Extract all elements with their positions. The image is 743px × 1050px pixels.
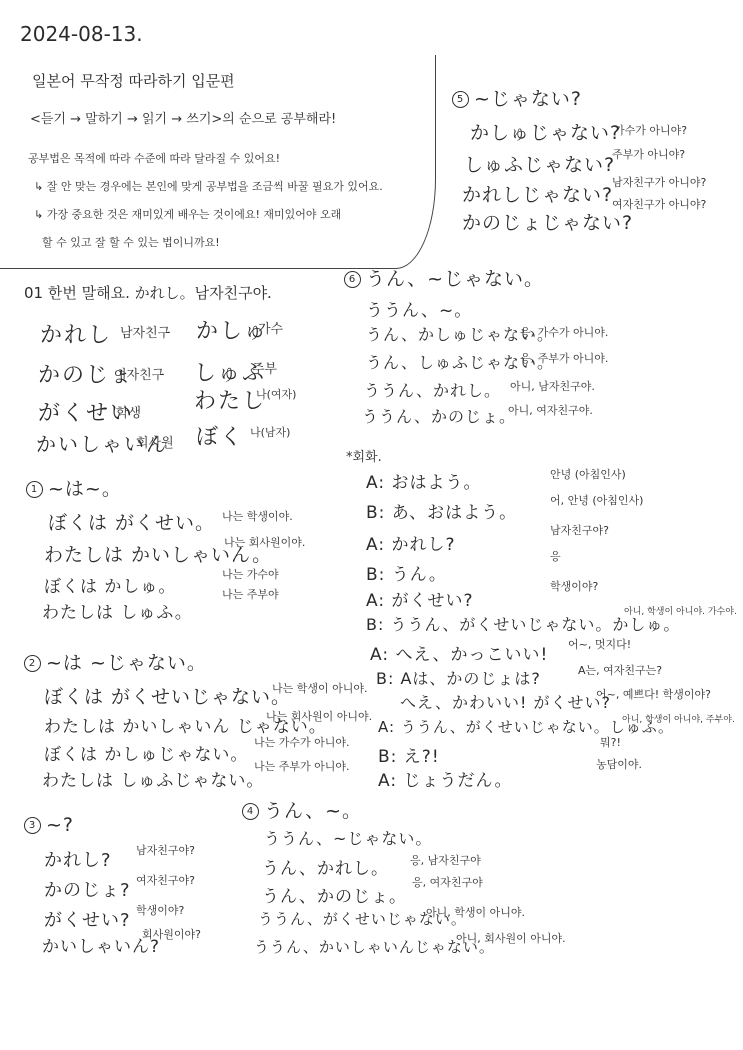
vocab-ko: 회사원 bbox=[136, 432, 174, 451]
dialogue-line: B: うん。 bbox=[366, 560, 447, 585]
ko-translation: 응, 주부가 아니야. bbox=[520, 350, 608, 366]
ko-translation: 응 bbox=[550, 548, 561, 564]
jp-line: かのじょじゃない? bbox=[462, 208, 633, 235]
dialogue-line: B: Aは、かのじょは? bbox=[376, 666, 541, 689]
ko-translation: 안녕 (아침인사) bbox=[550, 466, 626, 482]
jp-line: ぼくは がくせい。 bbox=[48, 508, 215, 535]
section-pattern: ~は~。 bbox=[48, 478, 122, 500]
jp-line: しゅふじゃない? bbox=[464, 150, 615, 177]
section-pattern-2: ううん、~じゃない。 bbox=[264, 826, 432, 849]
ko-translation: 주부가 아니야? bbox=[612, 146, 685, 162]
ko-translation: 회사원이야? bbox=[142, 926, 201, 942]
ko-translation: 나는 회사원이야. bbox=[224, 534, 305, 550]
ko-translation: 남자친구야? bbox=[136, 842, 195, 858]
ko-translation: 나는 가수야 bbox=[222, 566, 279, 582]
dialogue-line: へえ、かわいい! がくせい? bbox=[400, 690, 611, 713]
ko-translation: 농담이야. bbox=[596, 756, 642, 772]
jp-line: かのじょ? bbox=[44, 876, 131, 902]
vocab-ko: 학생 bbox=[116, 402, 141, 421]
dialogue-line: A: じょうだん。 bbox=[378, 766, 512, 791]
ko-translation: 아니, 남자친구야. bbox=[510, 378, 595, 394]
dialogue-line: A: おはよう。 bbox=[366, 468, 481, 493]
ko-translation: 응, 남자친구야 bbox=[410, 852, 481, 868]
section-pattern: ~? bbox=[46, 814, 74, 836]
jp-line: ううん、かれし。 bbox=[364, 378, 501, 401]
vocab-ko: 여자친구 bbox=[114, 364, 164, 383]
jp-line: がくせい? bbox=[44, 906, 131, 932]
vocab-ko: 가수 bbox=[258, 318, 283, 337]
dialogue-line: A: かれし? bbox=[366, 530, 456, 555]
ko-translation: 응, 가수가 아니야. bbox=[520, 324, 608, 340]
dialogue-line: B: あ、おはよう。 bbox=[366, 498, 517, 523]
ko-translation: 어~, 멋지다! bbox=[568, 636, 631, 652]
ko-translation: 나는 학생이 아니야. bbox=[272, 680, 368, 696]
conversation-title: *회화. bbox=[346, 446, 382, 465]
ko-translation: 남자친구야? bbox=[550, 522, 609, 538]
jp-line: わたしは しゅふ。 bbox=[42, 598, 193, 623]
jp-line: うん、かれし。 bbox=[262, 854, 389, 879]
ko-translation: 아니, 회사원이 아니야. bbox=[456, 930, 566, 946]
vocab-title: 01 한번 말해요. かれし。남자친구야. bbox=[24, 282, 272, 303]
ko-translation: 응, 여자친구야 bbox=[412, 874, 483, 890]
ko-translation: 가수가 아니야? bbox=[614, 122, 687, 138]
jp-line: ぼくは かしゅ。 bbox=[44, 572, 176, 597]
ko-translation: 학생이야? bbox=[550, 578, 598, 594]
section-number-1: 1 bbox=[26, 481, 43, 498]
vocab-ko: 나(여자) bbox=[256, 386, 296, 402]
notes-line: <듣기 → 말하기 → 읽기 → 쓰기>의 순으로 공부해라! bbox=[30, 108, 336, 127]
jp-line: ぼくは がくせいじゃない。 bbox=[44, 682, 291, 709]
ko-translation: 어, 안녕 (아침인사) bbox=[550, 492, 643, 508]
jp-line: うん、かのじょ。 bbox=[262, 882, 407, 907]
vocab-jp: かれし bbox=[40, 318, 112, 349]
ko-translation: 어~, 예쁘다! 학생이야? bbox=[596, 686, 711, 702]
vocab-jp: ぼく bbox=[196, 420, 244, 451]
ko-translation: 나는 주부야 bbox=[222, 586, 279, 602]
ko-translation: 아니, 학생이 아니야. bbox=[426, 904, 525, 920]
vocab-ko: 나(남자) bbox=[250, 424, 290, 440]
section-pattern-2: ううん、~。 bbox=[366, 296, 472, 321]
dialogue-line: A: がくせい? bbox=[366, 586, 474, 611]
jp-line: ぼくは かしゅじゃない。 bbox=[44, 740, 248, 765]
ko-translation: 나는 가수가 아니야. bbox=[254, 734, 350, 750]
section-number-2: 2 bbox=[24, 655, 41, 672]
notes-line: ↳ 가장 중요한 것은 재미있게 배우는 것이에요! 재미있어야 오래 bbox=[34, 206, 341, 222]
jp-line: かれし? bbox=[44, 846, 112, 872]
notes-line: ↳ 잘 안 맞는 경우에는 본인에 맞게 공부법을 조금씩 바꿀 필요가 있어요… bbox=[34, 178, 383, 194]
ko-translation: 학생이야? bbox=[136, 902, 184, 918]
section-number-5: 5 bbox=[452, 91, 469, 108]
jp-line: わたしは しゅふじゃない。 bbox=[42, 766, 264, 791]
ko-translation: 나는 학생이야. bbox=[222, 508, 293, 524]
notes-line: 공부법은 목적에 따라 수준에 따라 달라질 수 있어요! bbox=[28, 150, 280, 166]
date: 2024-08-13. bbox=[20, 22, 143, 46]
jp-line: かれしじゃない? bbox=[462, 180, 613, 207]
dialogue-line: A: へえ、かっこいい! bbox=[370, 640, 548, 665]
ko-translation: A는, 여자친구는? bbox=[578, 662, 662, 678]
dialogue-line: B: え?! bbox=[378, 742, 440, 767]
jp-line: かしゅじゃない? bbox=[470, 118, 621, 145]
notes-line: 할 수 있고 잘 할 수 있는 법이니까요! bbox=[42, 234, 220, 250]
section-pattern: ~は ~じゃない。 bbox=[46, 652, 207, 674]
section-pattern: うん、~じゃない。 bbox=[366, 268, 544, 290]
ko-translation: 뭐?! bbox=[600, 734, 621, 750]
section-pattern: うん、~。 bbox=[264, 800, 362, 822]
ko-translation: 남자친구가 아니야? bbox=[612, 174, 706, 190]
ko-translation: 아니, 여자친구야. bbox=[508, 402, 593, 418]
ko-translation: 아니, 학생이 아니야. 가수야. bbox=[624, 604, 737, 617]
ko-translation: 여자친구가 아니야? bbox=[612, 196, 706, 212]
section-number-4: 4 bbox=[242, 803, 259, 820]
vocab-ko: 남자친구 bbox=[120, 322, 170, 341]
ko-translation: 나는 주부가 아니야. bbox=[254, 758, 350, 774]
jp-line: ううん、かのじょ。 bbox=[362, 404, 516, 427]
vocab-ko: 주부 bbox=[252, 358, 277, 377]
section-pattern: ~じゃない? bbox=[474, 88, 582, 110]
section-number-3: 3 bbox=[24, 817, 41, 834]
ko-translation: 아니, 학생이 아니야, 주부야. bbox=[622, 712, 735, 725]
ko-translation: 여자친구야? bbox=[136, 872, 195, 888]
section-number-6: 6 bbox=[344, 271, 361, 288]
ko-translation: 나는 회사원이 아니야. bbox=[266, 708, 372, 724]
